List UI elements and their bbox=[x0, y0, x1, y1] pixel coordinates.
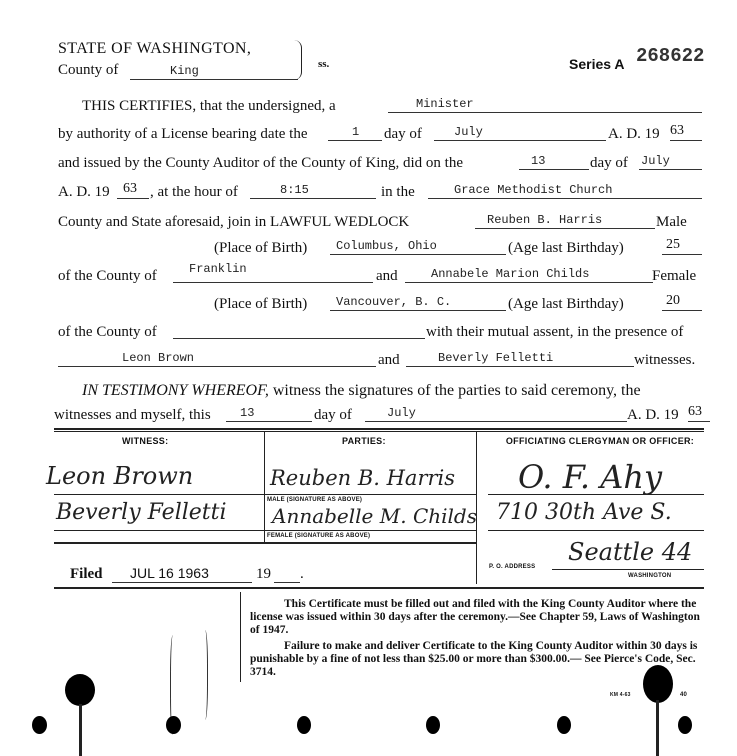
punch-hole-6 bbox=[678, 716, 692, 734]
wedlock-text: County and State aforesaid, join in LAWF… bbox=[58, 214, 409, 231]
table-mid-rule bbox=[54, 542, 476, 544]
license-date-text: by authority of a License bearing date t… bbox=[58, 126, 308, 143]
bride-name-field: Annabele Marion Childs bbox=[405, 266, 653, 283]
washington-label: WASHINGTON bbox=[628, 573, 671, 579]
witness1-sig-line bbox=[54, 494, 264, 495]
officiant-title-field: Minister bbox=[388, 96, 702, 113]
filed-period: . bbox=[300, 566, 304, 583]
license-year-value: 63 bbox=[670, 123, 684, 139]
ad-label: A. D. 19 bbox=[608, 126, 660, 143]
punch-hole-4 bbox=[426, 716, 440, 734]
license-year-field: 63 bbox=[670, 124, 702, 141]
officiant-header: OFFICIATING CLERGYMAN OR OFFICER: bbox=[505, 436, 695, 446]
punch-hole-5 bbox=[557, 716, 571, 734]
and-label: and bbox=[376, 268, 398, 285]
county-label: County of bbox=[58, 62, 118, 79]
ad-label-3: A. D. 19 bbox=[627, 407, 679, 424]
binder-hole-1 bbox=[65, 674, 95, 706]
series-label: Series A bbox=[569, 56, 625, 72]
male-label: Male bbox=[656, 214, 687, 231]
witness-header: WITNESS: bbox=[122, 436, 168, 446]
county-field: King bbox=[130, 62, 298, 80]
officiant-city: Seattle 44 bbox=[568, 538, 692, 566]
testimony-line: IN TESTIMONY WHEREOF, witness the signat… bbox=[82, 382, 641, 400]
groom-age-field: 25 bbox=[662, 238, 702, 255]
day-of-label: day of bbox=[384, 126, 422, 143]
state-heading: STATE OF WASHINGTON, bbox=[58, 40, 251, 58]
license-day-field: 1 bbox=[328, 124, 382, 141]
witness1-field: Leon Brown bbox=[58, 350, 376, 367]
notice-paragraph-1: This Certificate must be filled out and … bbox=[250, 598, 700, 637]
day-of-label-3: day of bbox=[314, 407, 352, 424]
license-month-field: July bbox=[434, 124, 606, 141]
filed-date-field: JUL 16 1963 bbox=[112, 564, 252, 583]
binder-pin-1 bbox=[79, 704, 82, 756]
place-field: Grace Methodist Church bbox=[428, 182, 702, 199]
officiant-title-value: Minister bbox=[416, 97, 474, 111]
of-county-label-2: of the County of bbox=[58, 324, 157, 341]
binder-pin-2 bbox=[656, 700, 659, 756]
and-label-2: and bbox=[378, 352, 400, 369]
license-month-value: July bbox=[454, 125, 483, 139]
bride-name-value: Annabele Marion Childs bbox=[431, 267, 589, 281]
punch-hole-2 bbox=[166, 716, 181, 734]
ceremony-month-value: July bbox=[641, 154, 670, 168]
age-label: (Age last Birthday) bbox=[508, 240, 624, 257]
witness2-signature: Beverly Felletti bbox=[56, 500, 227, 525]
ss-label: ss. bbox=[318, 58, 329, 70]
license-day-value: 1 bbox=[352, 125, 359, 139]
testimony-month-field: July bbox=[365, 405, 627, 422]
punch-hole-3 bbox=[297, 716, 311, 734]
officiant-address-line bbox=[488, 530, 704, 531]
testimony-day-field: 13 bbox=[226, 405, 312, 422]
county-value: King bbox=[170, 64, 199, 78]
bride-age-field: 20 bbox=[662, 294, 702, 311]
bride-county-field bbox=[173, 322, 425, 339]
parties-header: PARTIES: bbox=[342, 436, 386, 446]
male-sig-line bbox=[265, 494, 476, 495]
witnesses-label: witnesses. bbox=[634, 352, 695, 369]
male-caption: MALE (SIGNATURE AS ABOVE) bbox=[267, 497, 362, 503]
testimony-day-value: 13 bbox=[240, 406, 254, 420]
witness-line-text: witnesses and myself, this bbox=[54, 407, 211, 424]
brace bbox=[293, 40, 302, 80]
female-label: Female bbox=[652, 268, 696, 285]
ceremony-year-value: 63 bbox=[123, 181, 137, 197]
witness2-field: Beverly Felletti bbox=[406, 350, 634, 367]
groom-birthplace-value: Columbus, Ohio bbox=[336, 239, 437, 253]
groom-age-value: 25 bbox=[666, 237, 680, 253]
series-number: 268622 bbox=[636, 45, 704, 67]
form-number: 40 bbox=[680, 692, 687, 698]
hour-field: 8:15 bbox=[250, 182, 376, 199]
filed-stamp: JUL 16 1963 bbox=[130, 565, 209, 581]
hour-value: 8:15 bbox=[280, 183, 309, 197]
certifies-text: THIS CERTIFIES, that the undersigned, a bbox=[82, 98, 336, 115]
notice-paragraph-2: Failure to make and deliver Certificate … bbox=[250, 640, 700, 679]
witness1-signature: Leon Brown bbox=[46, 462, 193, 490]
filed-label: Filed bbox=[70, 566, 103, 583]
witness2-value: Beverly Felletti bbox=[438, 351, 553, 365]
table-top-rule bbox=[54, 428, 704, 430]
testimony-year-field: 63 bbox=[688, 405, 710, 422]
place-of-birth-label-2: (Place of Birth) bbox=[214, 296, 307, 313]
punch-hole-1 bbox=[32, 716, 47, 734]
age-label-2: (Age last Birthday) bbox=[508, 296, 624, 313]
testimony-month-value: July bbox=[387, 406, 416, 420]
testimony-year-value: 63 bbox=[688, 404, 702, 420]
filed-year-field bbox=[274, 564, 300, 583]
officiant-signature: O. F. Ahy bbox=[518, 458, 662, 496]
table-bottom-rule bbox=[54, 587, 704, 589]
table-top-rule-2 bbox=[54, 431, 704, 432]
groom-county-value: Franklin bbox=[189, 262, 247, 276]
stray-mark-2 bbox=[201, 630, 208, 720]
witness2-sig-line bbox=[54, 530, 264, 531]
issued-text: and issued by the County Auditor of the … bbox=[58, 155, 463, 172]
assent-text: with their mutual assent, in the presenc… bbox=[426, 324, 683, 341]
day-of-label-2: day of bbox=[590, 155, 628, 172]
testimony-italic: IN TESTIMONY WHEREOF, bbox=[82, 382, 269, 399]
witness1-value: Leon Brown bbox=[122, 351, 194, 365]
groom-name-field: Reuben B. Harris bbox=[475, 212, 655, 229]
ceremony-day-value: 13 bbox=[531, 154, 545, 168]
col-divider-1 bbox=[264, 432, 265, 542]
binder-hole-2 bbox=[643, 665, 673, 703]
po-address-label: P. O. ADDRESS bbox=[489, 564, 535, 570]
male-signature: Reuben B. Harris bbox=[270, 466, 455, 490]
female-signature: Annabelle M. Childs bbox=[272, 504, 477, 528]
groom-county-field: Franklin bbox=[173, 266, 373, 283]
ceremony-year-field: 63 bbox=[117, 182, 149, 199]
officiant-address: 710 30th Ave S. bbox=[496, 500, 672, 525]
groom-birthplace-field: Columbus, Ohio bbox=[330, 238, 506, 255]
notice-divider bbox=[240, 592, 241, 682]
place-value: Grace Methodist Church bbox=[454, 183, 612, 197]
in-the-label: in the bbox=[381, 184, 415, 201]
place-of-birth-label: (Place of Birth) bbox=[214, 240, 307, 257]
bride-age-value: 20 bbox=[666, 293, 680, 309]
of-county-label: of the County of bbox=[58, 268, 157, 285]
testimony-rest: witness the signatures of the parties to… bbox=[273, 382, 641, 399]
ceremony-day-field: 13 bbox=[519, 153, 589, 170]
form-code: KM 4-63 bbox=[610, 692, 631, 698]
female-sig-line bbox=[265, 530, 476, 531]
filed-19-label: 19 bbox=[256, 566, 271, 583]
hour-label: , at the hour of bbox=[150, 184, 238, 201]
bride-birthplace-field: Vancouver, B. C. bbox=[330, 294, 506, 311]
groom-name-value: Reuben B. Harris bbox=[487, 213, 602, 227]
bride-birthplace-value: Vancouver, B. C. bbox=[336, 295, 451, 309]
po-address-line bbox=[552, 569, 704, 570]
officiant-sig-line bbox=[488, 494, 704, 495]
ad-label-2: A. D. 19 bbox=[58, 184, 110, 201]
female-caption: FEMALE (SIGNATURE AS ABOVE) bbox=[267, 533, 370, 539]
ceremony-month-field: July bbox=[639, 153, 702, 170]
